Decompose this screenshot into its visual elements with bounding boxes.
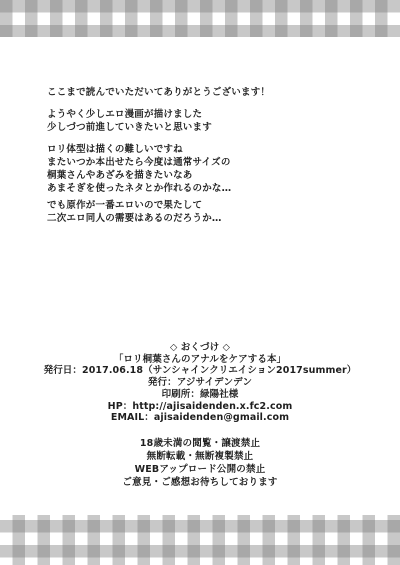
website-url: HP：http://ajisaidenden.x.fc2.com: [0, 401, 400, 413]
publisher-name: 発行：アジサイデンデン: [0, 377, 400, 389]
text-line: ようやく少しエロ漫画が描けました: [47, 108, 380, 121]
text-line: でも原作が一番エロいので果たして: [47, 199, 380, 212]
book-title: 「ロリ桐葉さんのアナルをケアする本」: [0, 354, 400, 366]
scanned-afterword-page: ここまで読んでいただいてありがとうございます！ ようやく少しエロ漫画が描けました…: [0, 0, 400, 565]
text-line: またいつか本出せたら今度は通常サイズの: [47, 156, 380, 169]
gingham-border-top: [0, 0, 400, 37]
afterword-paragraph-doubt: でも原作が一番エロいので果たして 二次エロ同人の需要はあるのだろうか…: [47, 199, 380, 225]
text-line: 二次エロ同人の需要はあるのだろうか…: [47, 212, 380, 225]
publish-date: 発行日：2017.06.18（サンシャインクリエイション2017summer）: [0, 365, 400, 377]
colophon-heading: ◇ おくづけ ◇: [0, 342, 400, 354]
text-line: 少しづつ前進していきたいと思います: [47, 121, 380, 134]
text-line: あまそぎを使ったネタとか作れるのかな…: [47, 182, 380, 195]
text-line: 桐葉さんやあざみを描きたいなあ: [47, 169, 380, 182]
afterword-paragraph-drawing: ロリ体型は描くの難しいですね またいつか本出せたら今度は通常サイズの 桐葉さんや…: [47, 143, 380, 195]
afterword-paragraph-thanks: ここまで読んでいただいてありがとうございます！: [47, 86, 380, 99]
printer-name: 印刷所：緑陽社様: [0, 389, 400, 401]
text-line: ここまで読んでいただいてありがとうございます！: [47, 86, 380, 99]
text-line: ロリ体型は描くの難しいですね: [47, 143, 380, 156]
afterword-paragraph-progress: ようやく少しエロ漫画が描けました 少しづつ前進していきたいと思います: [47, 108, 380, 134]
notice-no-reproduction: 無断転載・無断複製禁止: [0, 450, 400, 463]
notice-feedback-welcome: ご意見・ご感想お待ちしております: [0, 476, 400, 489]
afterword-text-block: ここまで読んでいただいてありがとうございます！ ようやく少しエロ漫画が描けました…: [47, 86, 380, 225]
colophon-block: ◇ おくづけ ◇ 「ロリ桐葉さんのアナルをケアする本」 発行日：2017.06.…: [0, 342, 400, 424]
email-address: EMAIL：ajisaidenden@gmail.com: [0, 412, 400, 424]
gingham-border-bottom: [0, 515, 400, 565]
notice-no-web-upload: WEBアップロード公開の禁止: [0, 463, 400, 476]
notices-block: 18歳未満の閲覧・譲渡禁止 無断転載・無断複製禁止 WEBアップロード公開の禁止…: [0, 437, 400, 489]
notice-age-restriction: 18歳未満の閲覧・譲渡禁止: [0, 437, 400, 450]
